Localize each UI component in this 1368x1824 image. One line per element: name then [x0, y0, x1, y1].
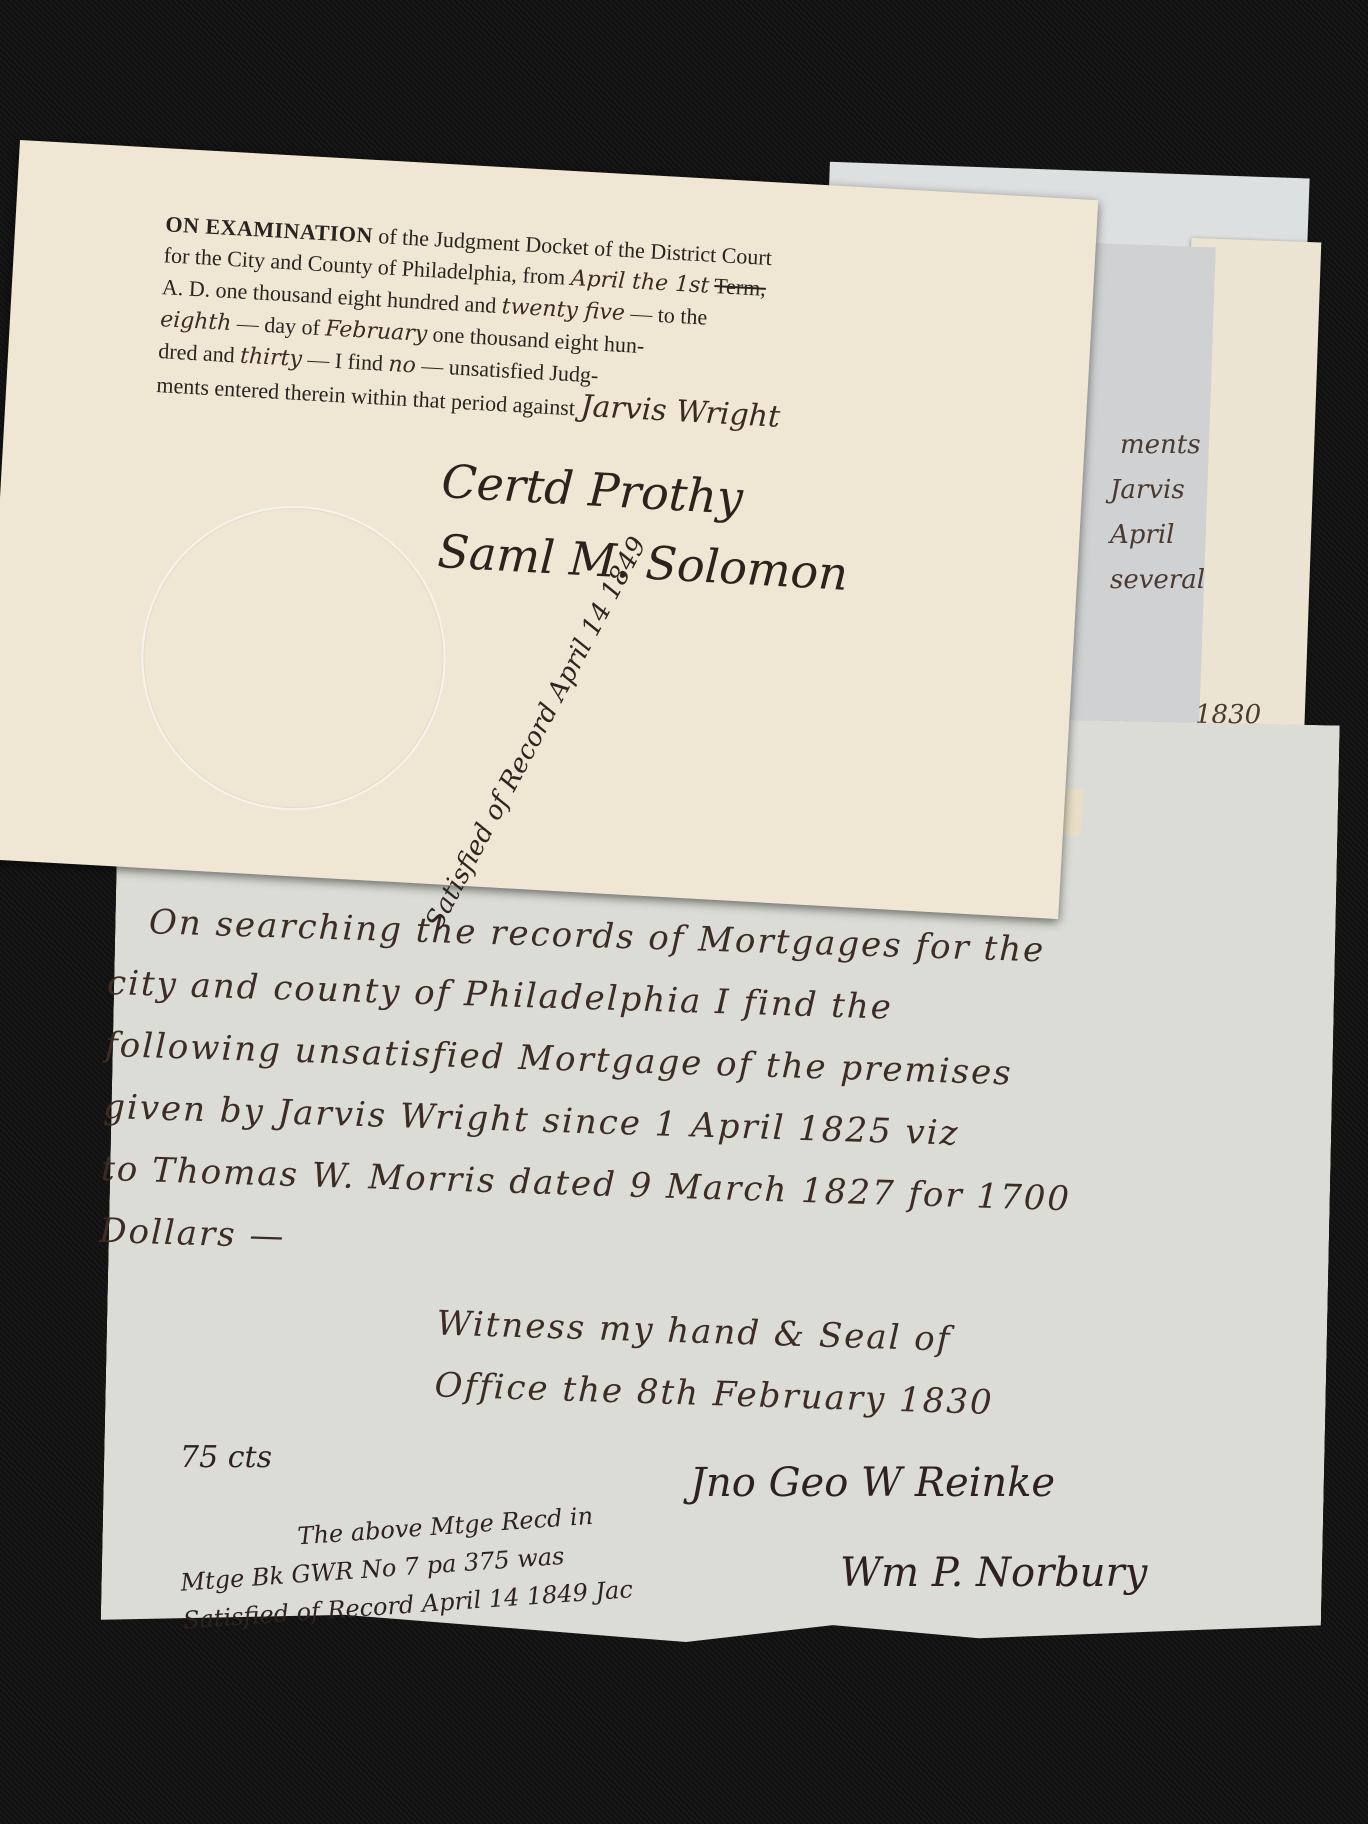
prothonotary-signature: Certd Prothy	[440, 454, 744, 525]
handwritten-count: no	[388, 352, 417, 378]
handwritten-year: twenty five	[501, 294, 625, 326]
fee-note: 75 cts	[180, 1440, 272, 1475]
print-line: I find	[334, 348, 384, 376]
print-line: day of	[264, 312, 321, 340]
handwritten-day: eighth	[159, 307, 232, 336]
judgment-docket-certificate: ON EXAMINATION of the Judgment Docket of…	[0, 140, 1098, 919]
fragment-text: ments	[1120, 430, 1201, 460]
reinke-signature: Jno Geo W Reinke	[690, 1460, 1055, 1506]
print-line: to the	[657, 302, 708, 330]
struck-text: Term,	[714, 273, 767, 301]
handwritten-year: thirty	[239, 344, 302, 372]
fragment-text: several	[1110, 565, 1205, 595]
mortgage-search-letter: On searching the records of Mortgages fo…	[94, 890, 1310, 1443]
print-line: dred and	[158, 338, 236, 367]
embossed-seal	[133, 498, 453, 818]
norbury-signature: Wm P. Norbury	[840, 1550, 1147, 1596]
fragment-text: April	[1110, 520, 1174, 550]
print-line: unsatisfied Judg-	[448, 354, 599, 387]
fragment-text: Jarvis	[1110, 475, 1185, 505]
handwritten-month: February	[325, 316, 428, 347]
handwritten-date: April the 1st	[570, 266, 710, 299]
certificate-text: ON EXAMINATION of the Judgment Docket of…	[156, 208, 1025, 448]
